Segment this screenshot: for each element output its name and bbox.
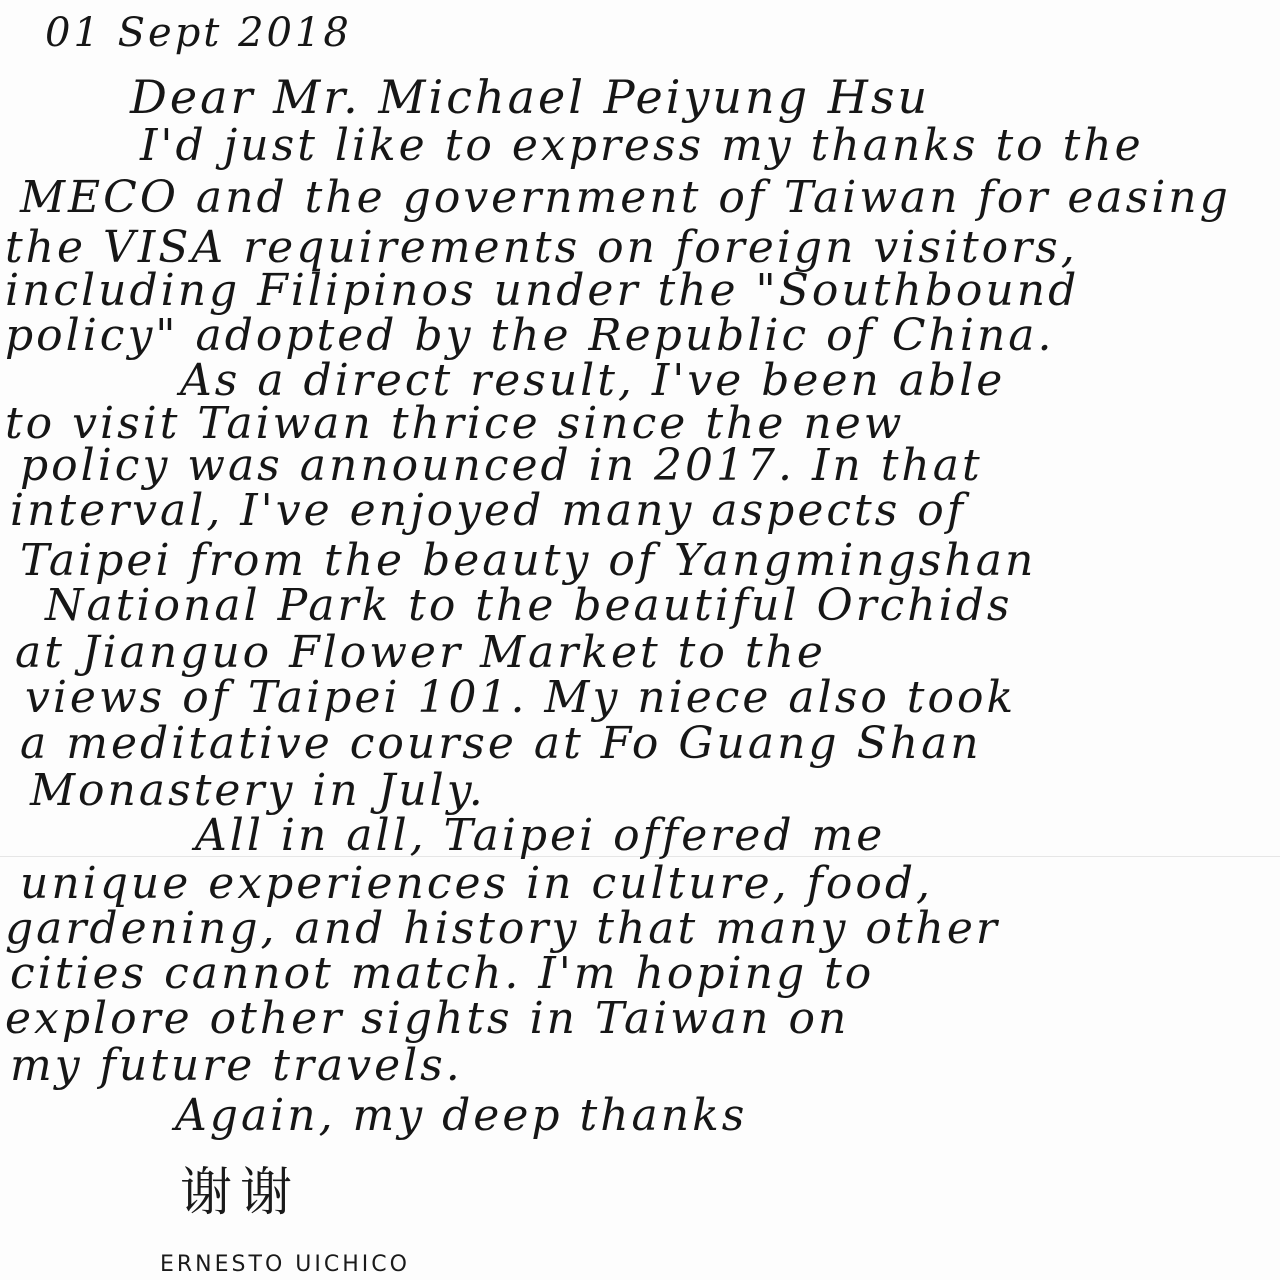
letter-line: I'd just like to express my thanks to th…: [140, 120, 1144, 171]
letter-line: policy" adopted by the Republic of China…: [5, 310, 1055, 361]
letter-greeting: Dear Mr. Michael Peiyung Hsu: [130, 70, 930, 124]
letter-line: at Jianguo Flower Market to the: [15, 627, 826, 678]
letter-page: 01 Sept 2018 Dear Mr. Michael Peiyung Hs…: [0, 0, 1280, 1280]
letter-line: cities cannot match. I'm hoping to: [10, 948, 874, 999]
letter-line: explore other sights in Taiwan on: [5, 993, 849, 1044]
letter-line: Taipei from the beauty of Yangmingshan: [20, 535, 1036, 586]
letter-closing-line: Again, my deep thanks: [175, 1090, 747, 1141]
letter-line: views of Taipei 101. My niece also took: [25, 672, 1016, 723]
signature-name: ERNESTO UICHICO: [160, 1252, 410, 1277]
letter-line: MECO and the government of Taiwan for ea…: [20, 172, 1231, 223]
letter-line: All in all, Taipei offered me: [195, 810, 885, 861]
chinese-thanks: 谢谢: [180, 1150, 300, 1225]
letter-line: Monastery in July.: [30, 765, 486, 816]
letter-date: 01 Sept 2018: [45, 10, 352, 56]
letter-line: my future travels.: [10, 1040, 463, 1091]
letter-line: interval, I've enjoyed many aspects of: [10, 485, 966, 536]
letter-line: policy was announced in 2017. In that: [20, 440, 983, 491]
letter-line: gardening, and history that many other: [5, 903, 1000, 954]
letter-line: National Park to the beautiful Orchids: [45, 580, 1012, 631]
letter-line: unique experiences in culture, food,: [20, 858, 933, 909]
letter-line: including Filipinos under the "Southboun…: [5, 265, 1079, 316]
letter-line: a meditative course at Fo Guang Shan: [20, 718, 982, 769]
